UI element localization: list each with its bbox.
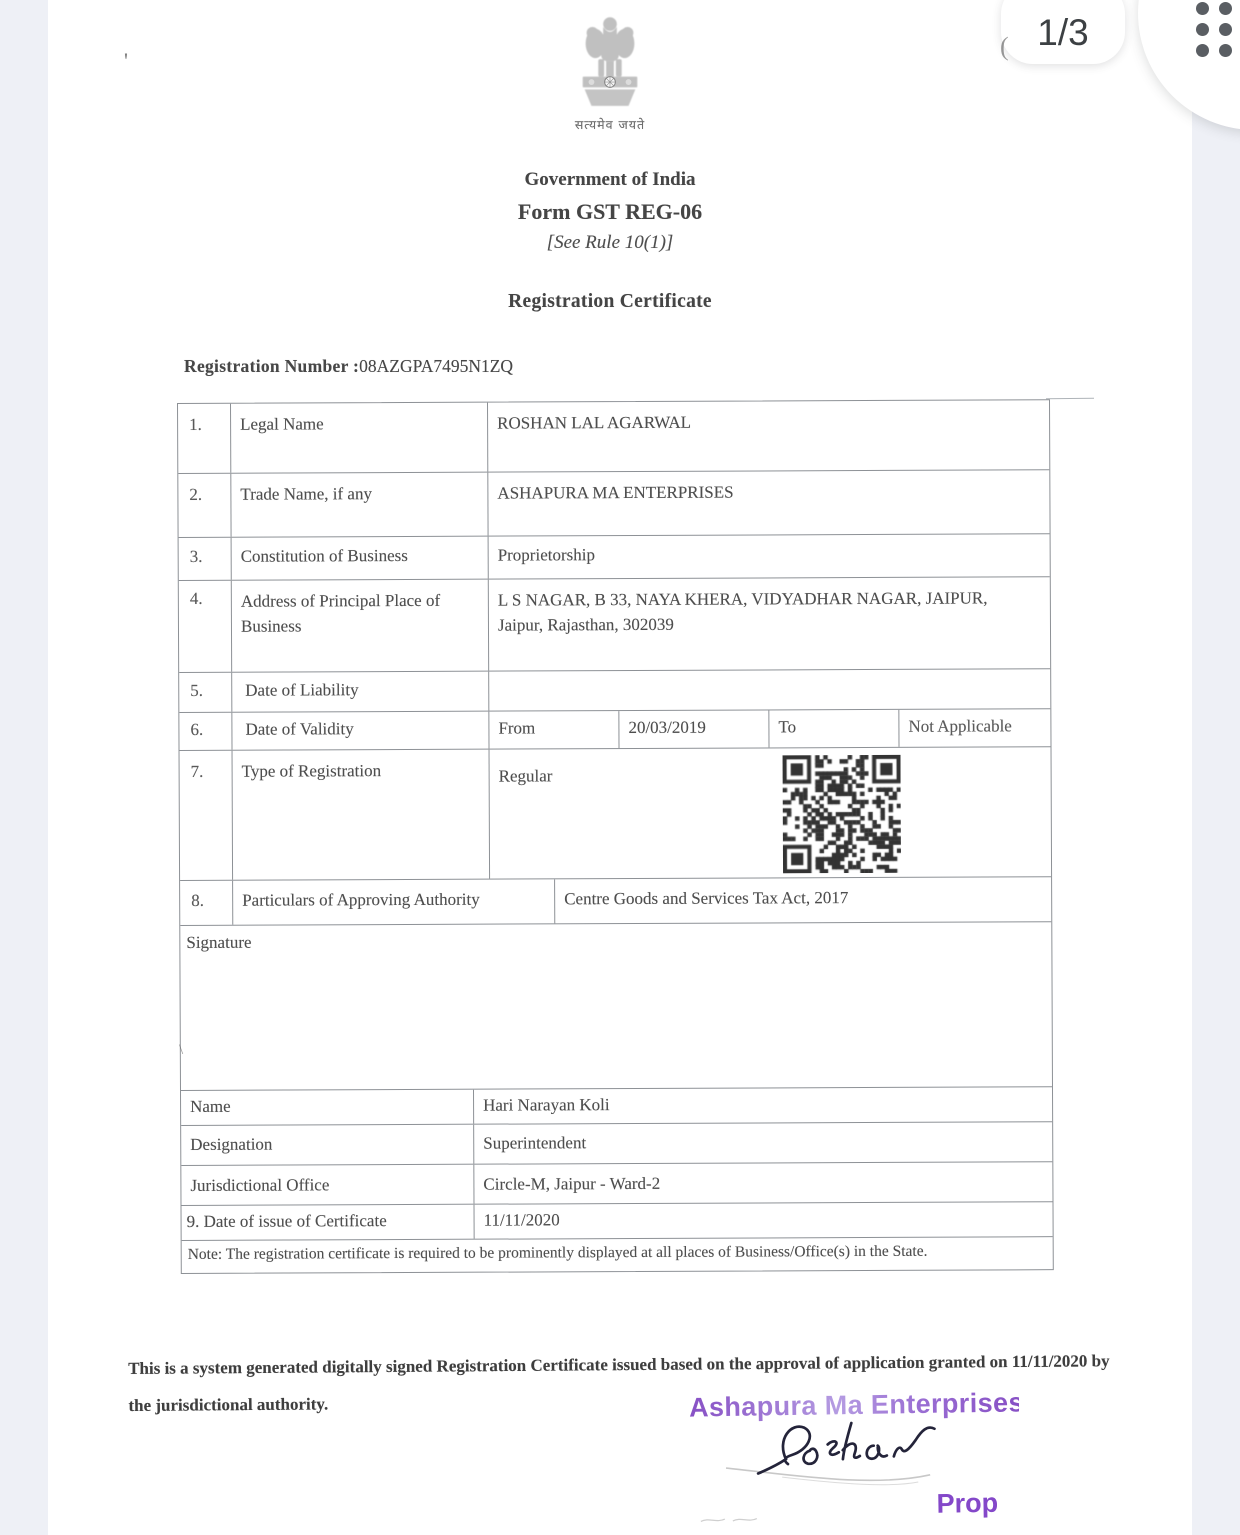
scan-mark: ' (124, 48, 128, 74)
emblem-motto: सत्यमेव जयते (540, 116, 680, 133)
row-label: Name (181, 1090, 474, 1125)
row-label: Constitution of Business (232, 537, 489, 580)
row-number: 2. (178, 474, 231, 537)
row-label: Type of Registration (233, 750, 491, 880)
table-row-date-validity: 6. Date of Validity From 20/03/2019 To N… (179, 709, 1050, 751)
scan-mark: ( (1000, 32, 1009, 62)
row-value (489, 669, 1050, 710)
qr-code (783, 755, 902, 874)
row-number: 6. (179, 713, 232, 750)
table-row-designation: Designation Superintendent (181, 1122, 1052, 1166)
page-indicator: 1/3 (1001, 0, 1125, 64)
table-row-approving-authority: 8. Particulars of Approving Authority Ce… (180, 877, 1051, 926)
table-row-note: Note: The registration certificate is re… (182, 1237, 1053, 1273)
page-indicator-text: 1/3 (1037, 12, 1088, 54)
row-label: 9. Date of issue of Certificate (182, 1205, 475, 1240)
registration-number-value: 08AZGPA7495N1ZQ (359, 356, 513, 376)
row-value: ROSHAN LAL AGARWAL (488, 400, 1049, 471)
row-label: Jurisdictional Office (181, 1165, 474, 1205)
header-form-title: Form GST REG-06 (410, 199, 810, 225)
row-number: 5. (179, 673, 232, 712)
row-number: 3. (179, 538, 232, 580)
india-state-emblem-icon (571, 12, 649, 121)
row-label: Legal Name (231, 403, 488, 473)
row-value: Centre Goods and Services Tax Act, 2017 (555, 877, 1051, 923)
row-value: Superintendent (474, 1122, 1052, 1164)
row-number: 8. (180, 881, 233, 925)
row-value: ASHAPURA MA ENTERPRISES (488, 470, 1049, 535)
table-row-issue-date: 9. Date of issue of Certificate 11/11/20… (182, 1202, 1053, 1241)
table-row-trade-name: 2. Trade Name, if any ASHAPURA MA ENTERP… (178, 470, 1049, 538)
scan-mark: \ (179, 1042, 183, 1059)
header-government: Government of India (410, 169, 810, 191)
certificate-title: Registration Certificate (410, 291, 810, 313)
footer-line-1: This is a system generated digitally sig… (128, 1342, 1123, 1387)
grid-dot (1219, 2, 1232, 15)
row-value: Hari Narayan Koli (474, 1087, 1052, 1124)
grid-dot (1219, 44, 1232, 57)
row-value: Regular (499, 766, 553, 785)
table-row-officer-name: Name Hari Narayan Koli (181, 1087, 1052, 1126)
table-row-legal-name: 1. Legal Name ROSHAN LAL AGARWAL (178, 400, 1049, 474)
header-rule-ref: [See Rule 10(1)] (410, 232, 810, 254)
row-value: L S NAGAR, B 33, NAYA KHERA, VIDYADHAR N… (489, 577, 1050, 670)
table-row-jurisdictional-office: Jurisdictional Office Circle-M, Jaipur -… (181, 1162, 1052, 1206)
validity-to-value: Not Applicable (899, 709, 1050, 747)
table-row-date-liability: 5. Date of Liability (179, 669, 1050, 713)
row-label: Designation (181, 1125, 474, 1165)
grid-dot (1219, 23, 1232, 36)
note-text: Note: The registration certificate is re… (182, 1237, 1053, 1273)
row-label: Date of Validity (232, 712, 489, 750)
row-number: 1. (178, 404, 231, 473)
registration-number-line: Registration Number :08AZGPA7495N1ZQ (184, 356, 513, 377)
grid-dot (1196, 2, 1209, 15)
row-label: Address of Principal Place of Business (232, 580, 489, 672)
row-label: Particulars of Approving Authority (233, 879, 555, 924)
registration-number-label: Registration Number : (184, 356, 359, 376)
row-number: 4. (179, 581, 232, 672)
row-label: Date of Liability (232, 672, 489, 712)
table-row-constitution: 3. Constitution of Business Proprietorsh… (179, 534, 1050, 581)
row-number: 7. (180, 751, 234, 880)
grid-menu-icon[interactable] (1196, 2, 1232, 57)
certificate-table: 1. Legal Name ROSHAN LAL AGARWAL 2. Trad… (177, 399, 1054, 1274)
row-value: Proprietorship (489, 534, 1050, 578)
signature-label: Signature (180, 922, 1052, 1090)
viewer-margin-right (1192, 0, 1240, 1535)
stamp-designation: Prop (936, 1488, 998, 1520)
company-stamp: Ashapura Ma Enterprises Prop (689, 1387, 1021, 1535)
row-value: 11/11/2020 (475, 1202, 1053, 1239)
scan-border-overhang (1046, 398, 1094, 400)
validity-to-label: To (769, 710, 899, 748)
document-viewer: ' ( \ (0, 0, 1240, 1535)
validity-from-label: From (489, 711, 619, 749)
grid-dot (1196, 44, 1209, 57)
table-row-address: 4. Address of Principal Place of Busines… (179, 577, 1050, 673)
row-label: Trade Name, if any (231, 473, 488, 537)
table-row-signature: Signature (180, 922, 1052, 1091)
table-row-registration-type: 7. Type of Registration Regular (180, 747, 1052, 881)
validity-from-value: 20/03/2019 (619, 710, 769, 748)
row-value: Circle-M, Jaipur - Ward-2 (474, 1162, 1052, 1204)
viewer-margin-left (0, 0, 48, 1535)
faint-scribble (699, 1511, 769, 1530)
grid-dot (1196, 23, 1209, 36)
